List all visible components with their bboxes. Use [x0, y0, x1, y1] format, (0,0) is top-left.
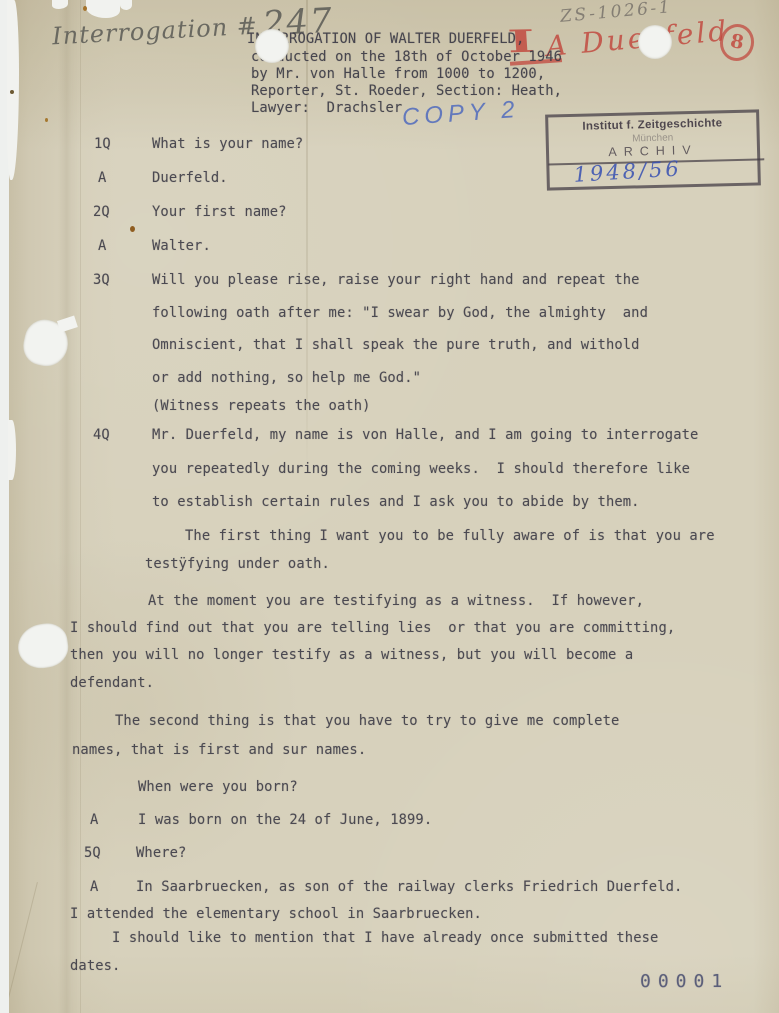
body-line: A Walter.: [0, 238, 779, 258]
qa-text: then you will no longer testify as a wit…: [70, 647, 633, 663]
qa-text: The second thing is that you have to try…: [115, 713, 619, 729]
body-line: I attended the elementary school in Saar…: [0, 906, 779, 926]
body-line: (Witness repeats the oath): [0, 398, 779, 418]
qa-text: to establish certain rules and I ask you…: [152, 494, 640, 510]
body-line: At the moment you are testifying as a wi…: [0, 593, 779, 613]
body-line: 5Q Where?: [0, 845, 779, 865]
qa-label: 4Q: [93, 427, 110, 443]
qa-text: I attended the elementary school in Saar…: [70, 906, 482, 922]
qa-text: or add nothing, so help me God.": [152, 370, 421, 386]
body-line: The second thing is that you have to try…: [0, 713, 779, 733]
body-line: 2Q Your first name?: [0, 204, 779, 224]
torn-edge: [8, 420, 16, 480]
punch-hole: [638, 25, 672, 59]
qa-text: In Saarbruecken, as son of the railway c…: [136, 879, 682, 895]
qa-text: Omniscient, that I shall speak the pure …: [152, 337, 640, 353]
body-line: Omniscient, that I shall speak the pure …: [0, 337, 779, 357]
qa-text: Walter.: [152, 238, 211, 254]
page-number-stamp: 00001: [640, 971, 729, 992]
body-line: A Duerfeld.: [0, 170, 779, 190]
qa-text: Your first name?: [152, 204, 287, 220]
qa-label: A: [90, 812, 98, 828]
qa-text: (Witness repeats the oath): [152, 398, 371, 414]
qa-text: testÿfying under oath.: [145, 556, 330, 572]
qa-text: defendant.: [70, 675, 154, 691]
body-line: A I was born on the 24 of June, 1899.: [0, 812, 779, 832]
body-line: 3Q Will you please rise, raise your righ…: [0, 272, 779, 292]
qa-label: 5Q: [84, 845, 101, 861]
body-line: or add nothing, so help me God.": [0, 370, 779, 390]
body-line: I should like to mention that I have alr…: [0, 930, 779, 950]
body-line: A In Saarbruecken, as son of the railway…: [0, 879, 779, 899]
body-line: 1Q What is your name?: [0, 136, 779, 156]
qa-label: 2Q: [93, 204, 110, 220]
body-line: you repeatedly during the coming weeks. …: [0, 461, 779, 481]
body-line: testÿfying under oath.: [0, 556, 779, 576]
rust-speck: [10, 90, 14, 94]
qa-text: I was born on the 24 of June, 1899.: [138, 812, 432, 828]
rust-speck: [83, 6, 87, 11]
torn-edge: [120, 0, 132, 10]
body-line: The first thing I want you to be fully a…: [0, 528, 779, 548]
header-line: conducted on the 18th of October 1946: [251, 49, 562, 67]
qa-text: I should find out that you are telling l…: [70, 620, 675, 636]
qa-text: I should like to mention that I have alr…: [112, 930, 658, 946]
qa-text: dates.: [70, 958, 120, 974]
qa-text: names, that is first and sur names.: [72, 742, 366, 758]
punch-hole: [255, 29, 289, 63]
qa-label: A: [90, 879, 98, 895]
pencil-title-text: Interrogation #: [52, 12, 259, 51]
qa-label: 1Q: [94, 136, 111, 152]
body-line: following oath after me: "I swear by God…: [0, 305, 779, 325]
body-line: names, that is first and sur names.: [0, 742, 779, 762]
body-line: 4Q Mr. Duerfeld, my name is von Halle, a…: [0, 427, 779, 447]
body-line: When were you born?: [0, 779, 779, 799]
body-line: to establish certain rules and I ask you…: [0, 494, 779, 514]
rust-speck: [45, 118, 48, 122]
qa-text: Mr. Duerfeld, my name is von Halle, and …: [152, 427, 698, 443]
qa-text: The first thing I want you to be fully a…: [185, 528, 715, 544]
header-line: Lawyer: Drachsler: [251, 100, 402, 118]
qa-text: you repeatedly during the coming weeks. …: [152, 461, 690, 477]
qa-label: 3Q: [93, 272, 110, 288]
qa-label: A: [98, 170, 106, 186]
qa-text: What is your name?: [152, 136, 303, 152]
body-line: then you will no longer testify as a wit…: [0, 647, 779, 667]
header-line: by Mr. von Halle from 1000 to 1200,: [251, 66, 545, 84]
qa-text: following oath after me: "I swear by God…: [152, 305, 648, 321]
qa-text: Duerfeld.: [152, 170, 228, 186]
qa-text: Where?: [136, 845, 186, 861]
qa-text: At the moment you are testifying as a wi…: [148, 593, 644, 609]
rust-speck: [130, 226, 135, 232]
body-line: defendant.: [0, 675, 779, 695]
qa-text: Will you please rise, raise your right h…: [152, 272, 640, 288]
qa-label: A: [98, 238, 106, 254]
body-line: I should find out that you are telling l…: [0, 620, 779, 640]
qa-text: When were you born?: [138, 779, 298, 795]
